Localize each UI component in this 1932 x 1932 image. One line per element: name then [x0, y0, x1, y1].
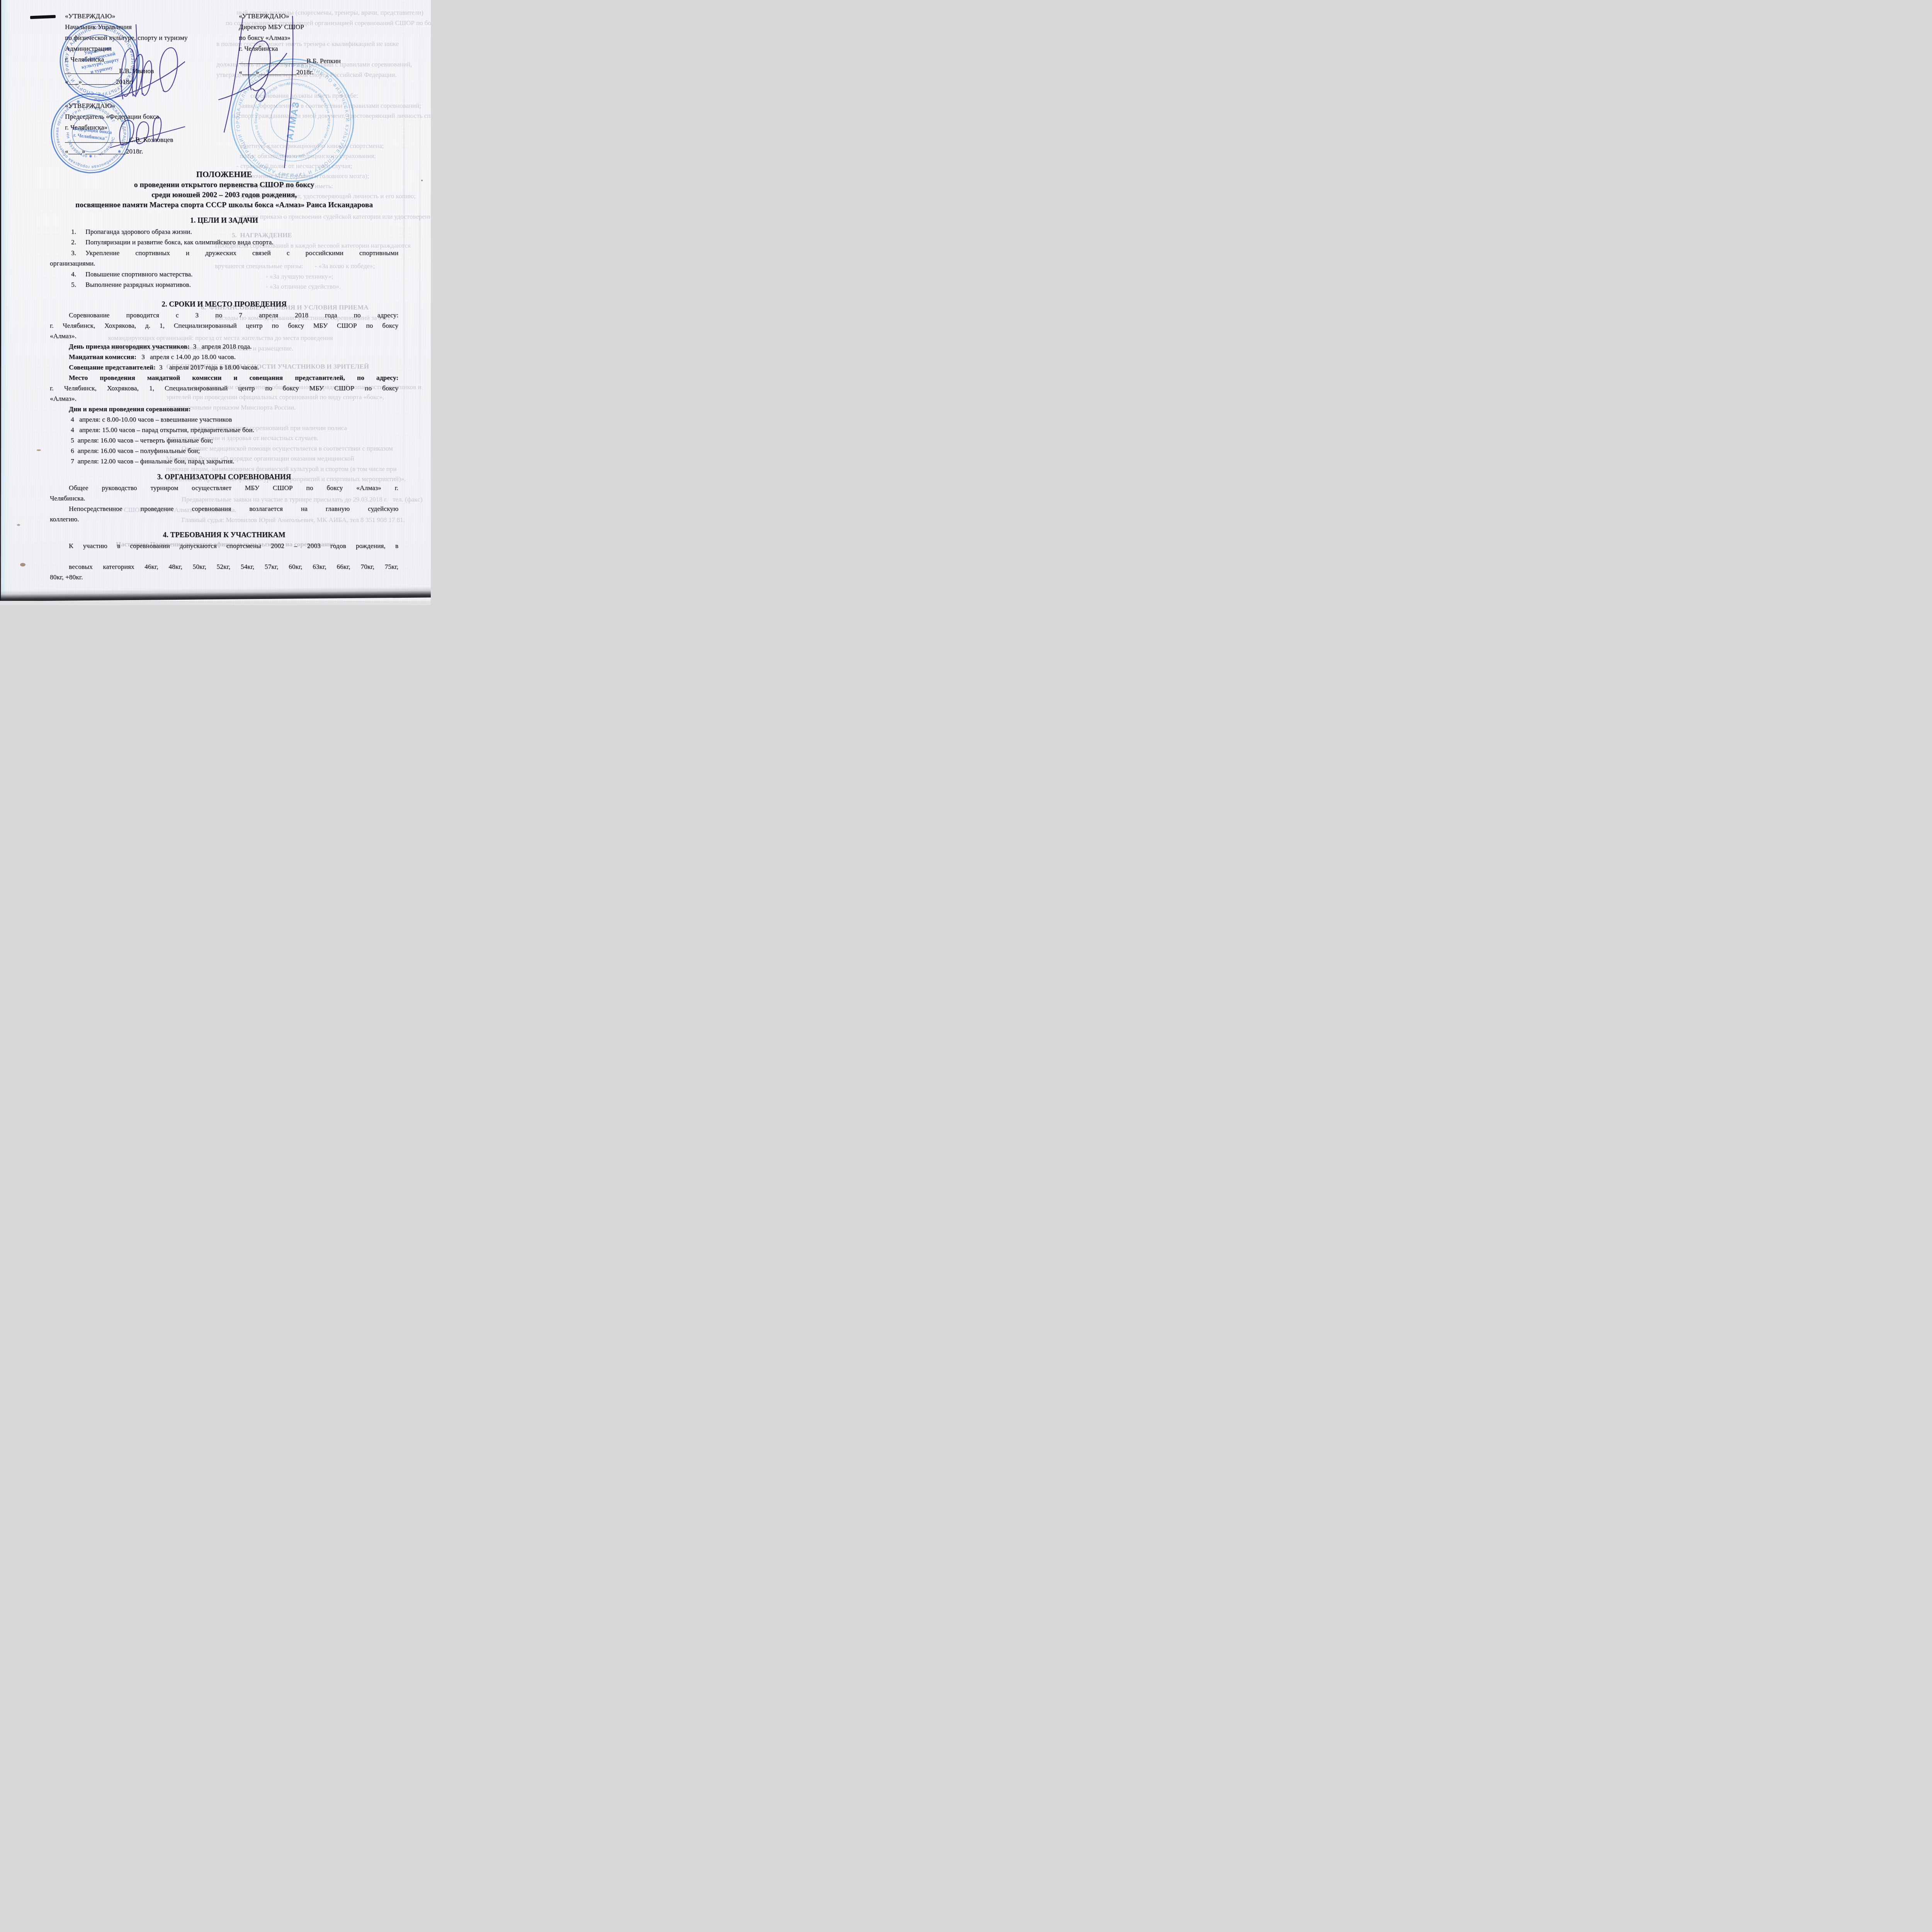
signature-stroke: [284, 16, 293, 168]
signature-stroke: [224, 18, 243, 132]
scan-edge-below: [0, 601, 431, 605]
signature-ink-layer: [0, 0, 431, 605]
stain-mark: [17, 524, 20, 526]
stain-mark: [20, 563, 26, 566]
stain-mark: [37, 449, 41, 451]
signature-stroke: [136, 25, 137, 97]
signature-stroke: [219, 53, 287, 100]
signature-stroke: [136, 122, 148, 144]
document-page: ный состав команды (спортсмены, тренеры,…: [0, 0, 431, 605]
paper-crease: [419, 0, 420, 590]
signature-stroke: [153, 117, 161, 141]
scan-edge-left-cyan: [1, 0, 10, 605]
stain-mark: [421, 180, 423, 181]
signature-stroke: [111, 127, 185, 148]
signature-stroke: [248, 41, 270, 91]
paper-crease: [403, 0, 405, 590]
